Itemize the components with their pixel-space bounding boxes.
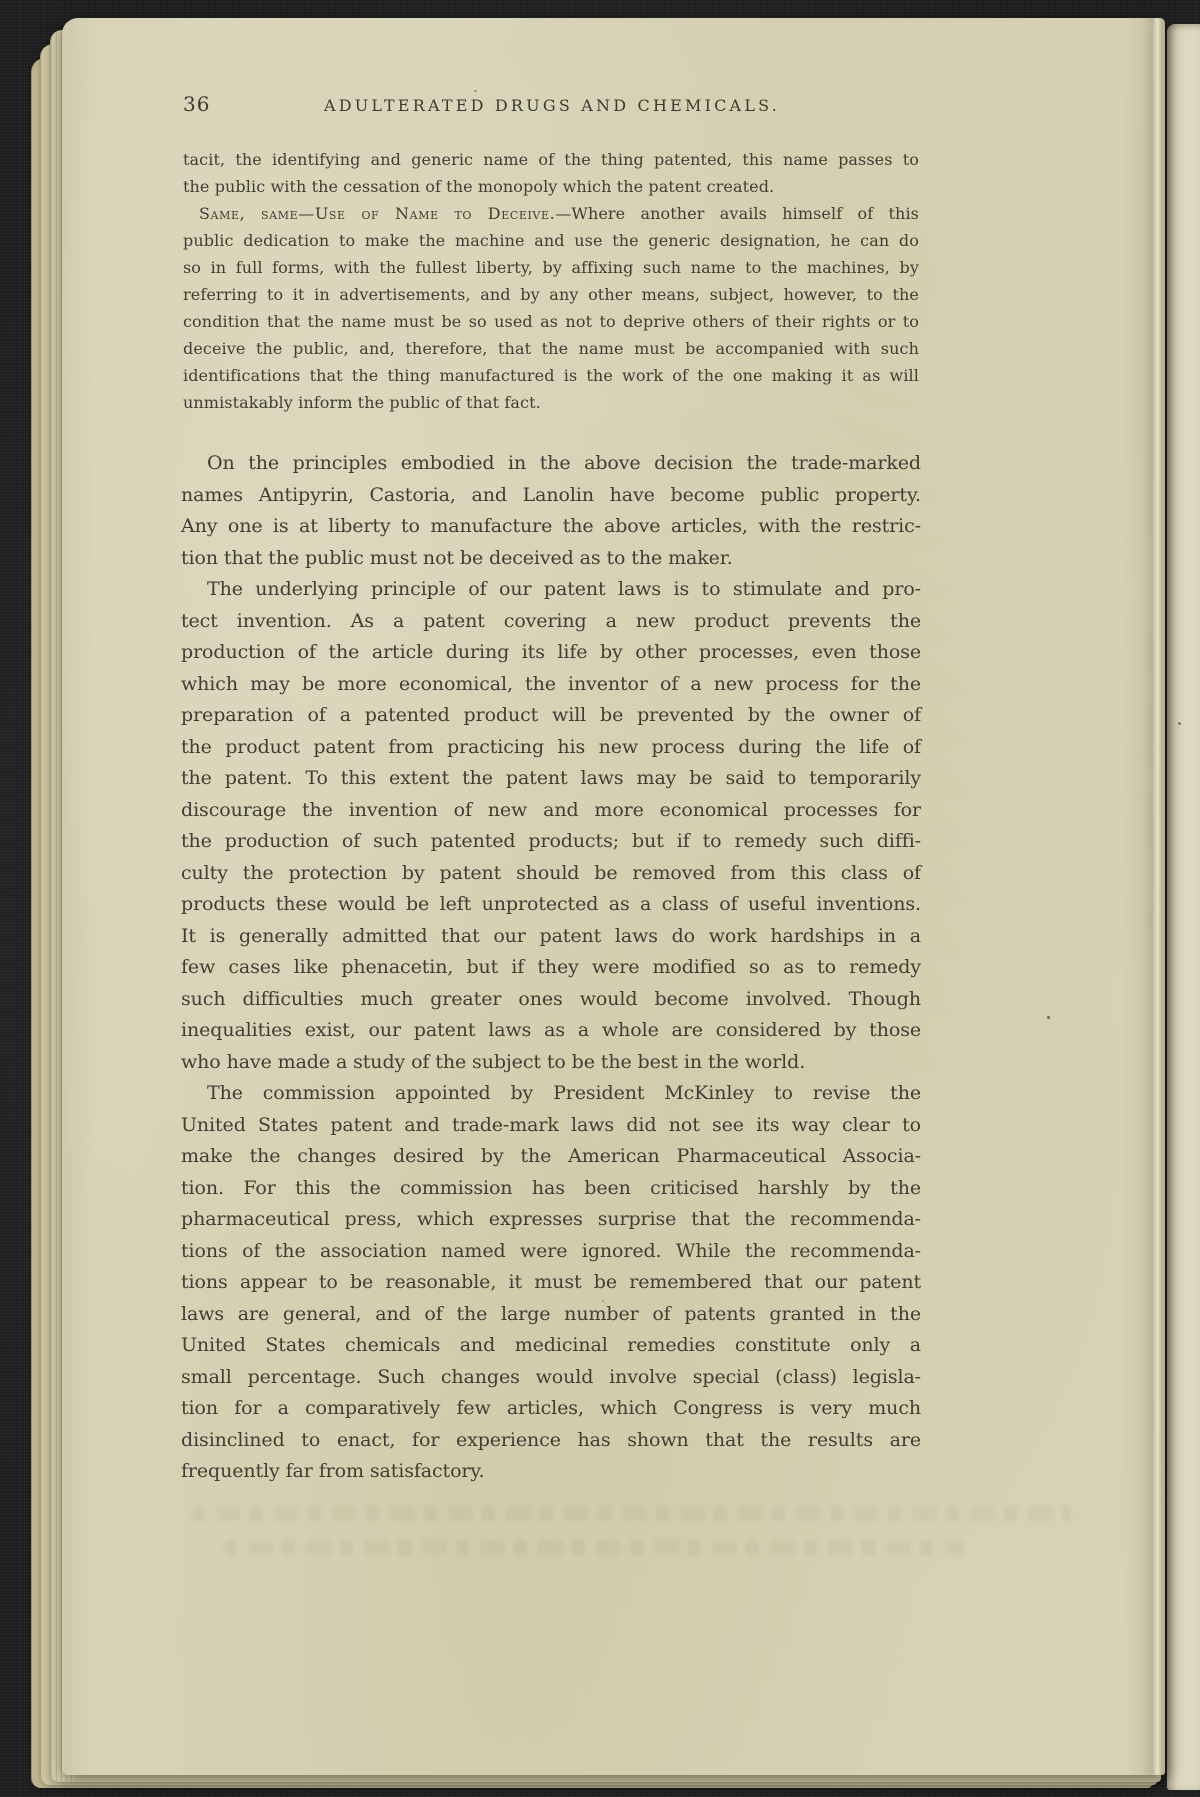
body-line: few cases like phenacetin, but if they w… — [181, 952, 921, 984]
body-line: Any one is at liberty to manufacture the… — [181, 511, 921, 543]
body-line: tion that the public must not be deceive… — [181, 543, 921, 575]
body-line: the production of such patented products… — [181, 826, 921, 858]
body-line: who have made a study of the subject to … — [181, 1047, 921, 1079]
body-line: tion. For this the commission has been c… — [181, 1173, 921, 1205]
extract-line: deceive the public, and, therefore, that… — [183, 335, 919, 362]
extract-line: referring to it in advertisements, and b… — [183, 281, 919, 308]
ink-bleedthrough-line — [224, 1540, 964, 1555]
body-line: the patent. To this extent the patent la… — [181, 763, 921, 795]
body-line: pharmaceutical press, which expresses su… — [181, 1204, 921, 1236]
body-line: It is generally admitted that our patent… — [181, 921, 921, 953]
body-line: The commission appointed by President Mc… — [181, 1078, 921, 1110]
body-line: products these would be left unprotected… — [181, 889, 921, 921]
body-line: tion for a comparatively few articles, w… — [181, 1393, 921, 1425]
body-line: United States chemicals and medicinal re… — [181, 1330, 921, 1362]
extract-block: tacit, the identifying and generic name … — [183, 146, 919, 416]
book-page: 36 ADULTERATED DRUGS AND CHEMICALS. taci… — [62, 18, 1165, 1775]
ink-bleedthrough-line — [192, 1506, 1072, 1521]
body-line: such difficulties much greater ones woul… — [181, 984, 921, 1016]
body-line: On the principles embodied in the above … — [181, 448, 921, 480]
body-line: tions of the association named were igno… — [181, 1236, 921, 1268]
book-photograph-background: 36 ADULTERATED DRUGS AND CHEMICALS. taci… — [0, 0, 1200, 1797]
extract-line: condition that the name must be so used … — [183, 308, 919, 335]
paper-speck — [474, 90, 477, 92]
body-line: small percentage. Such changes would inv… — [181, 1362, 921, 1394]
body-line: frequently far from satisfactory. — [181, 1456, 921, 1488]
extract-line: identifications that the thing manufactu… — [183, 362, 919, 389]
body-line: which may be more economical, the invent… — [181, 669, 921, 701]
gutter-crease — [1123, 18, 1165, 1775]
extract-line: so in full forms, with the fullest liber… — [183, 254, 919, 281]
extract-line: the public with the cessation of the mon… — [183, 173, 919, 200]
adjacent-page-edge — [1167, 24, 1200, 1790]
body-line: culty the protection by patent should be… — [181, 858, 921, 890]
paper-speck — [1178, 722, 1181, 725]
extract-line: unmistakably inform the public of that f… — [183, 389, 919, 416]
body-line: preparation of a patented product will b… — [181, 700, 921, 732]
extract-line: public dedication to make the machine an… — [183, 227, 919, 254]
body-line: tions appear to be reasonable, it must b… — [181, 1267, 921, 1299]
smallcaps-case-label: Same, same—Use of Name to Deceive. — [199, 204, 555, 223]
body-line: names Antipyrin, Castoria, and Lanolin h… — [181, 480, 921, 512]
body-line: disinclined to enact, for experience has… — [181, 1425, 921, 1457]
body-line: production of the article during its lif… — [181, 637, 921, 669]
body-line: The underlying principle of our patent l… — [181, 574, 921, 606]
paper-speck — [1047, 1016, 1050, 1019]
body-line: United States patent and trade-mark laws… — [181, 1110, 921, 1142]
body-line: tect invention. As a patent covering a n… — [181, 606, 921, 638]
body-line: inequalities exist, our patent laws as a… — [181, 1015, 921, 1047]
extract-line: Same, same—Use of Name to Deceive.—Where… — [183, 200, 919, 227]
body-line: discourage the invention of new and more… — [181, 795, 921, 827]
extract-line: tacit, the identifying and generic name … — [183, 146, 919, 173]
body-text-block: On the principles embodied in the above … — [181, 448, 921, 1488]
body-line: the product patent from practicing his n… — [181, 732, 921, 764]
paper-speck — [602, 1300, 604, 1302]
running-head: ADULTERATED DRUGS AND CHEMICALS. — [183, 96, 921, 115]
body-line: make the changes desired by the American… — [181, 1141, 921, 1173]
body-line: laws are general, and of the large numbe… — [181, 1299, 921, 1331]
